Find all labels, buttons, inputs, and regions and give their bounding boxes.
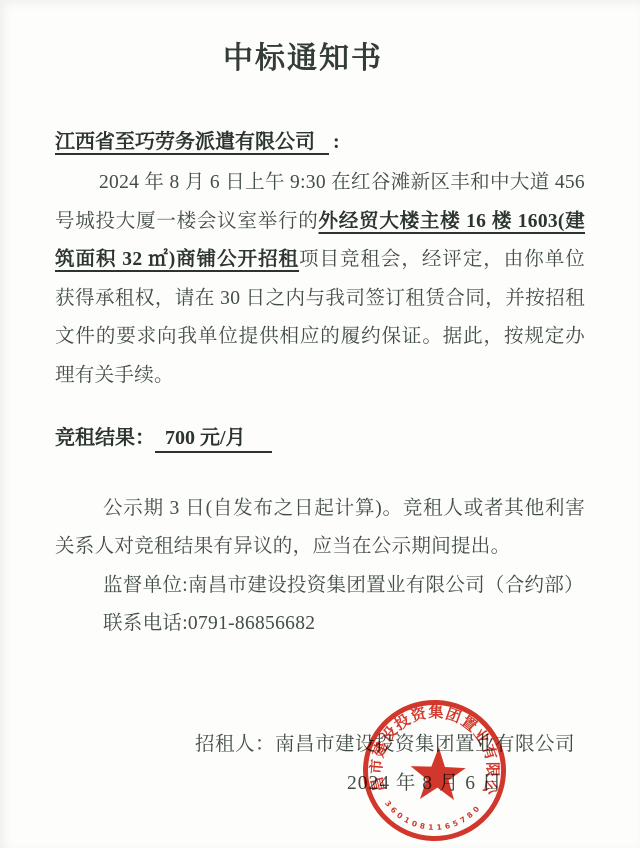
stamp-star-icon	[409, 746, 466, 800]
phone-line: 联系电话:0791-86856682	[55, 605, 585, 644]
bid-result-line: 竞租结果：700 元/月	[55, 422, 585, 454]
addressee-name: 江西省至巧劳务派遣有限公司	[55, 131, 329, 155]
body-paragraph-1: 2024 年 8 月 6 日上午 9:30 在红谷滩新区丰和中大道 456 号城…	[55, 164, 585, 396]
body-paragraph-2: 公示期 3 日(自发布之日起计算)。竞租人或者其他利害关系人对竞租结果有异议的，…	[55, 490, 585, 567]
addressee-colon: :	[333, 131, 340, 153]
company-seal-stamp: 南昌市建设投资集团置业有限公司 3601081165780	[360, 696, 511, 845]
document-title: 中标通知书	[55, 40, 551, 78]
addressee-line: 江西省至巧劳务派遣有限公司:	[55, 128, 585, 156]
bid-result-value: 700 元/月	[155, 427, 272, 453]
document-page: 中标通知书 江西省至巧劳务派遣有限公司: 2024 年 8 月 6 日上午 9:…	[0, 0, 640, 848]
bid-result-label: 竞租结果：	[55, 427, 155, 449]
supervisor-line: 监督单位:南昌市建设投资集团置业有限公司（合约部）	[55, 567, 585, 606]
lessor-label: 招租人：	[195, 734, 275, 755]
